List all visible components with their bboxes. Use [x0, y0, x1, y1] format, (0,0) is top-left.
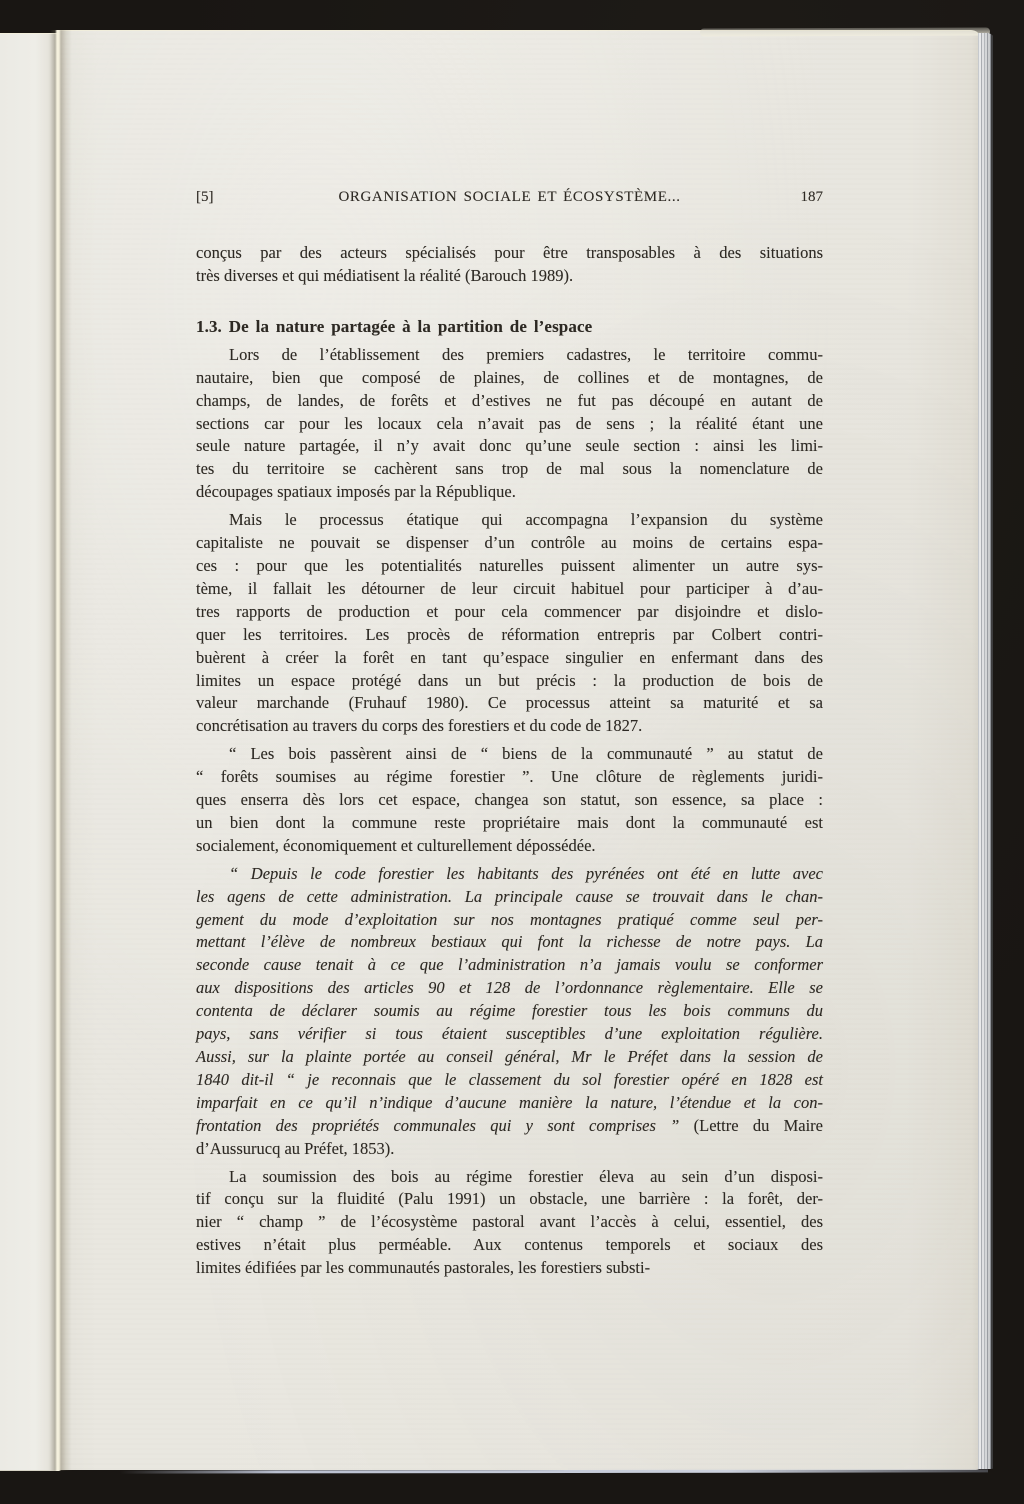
text-flow: conçus par des acteurs spécialisés pour …	[196, 242, 823, 1280]
paragraph: “ Les bois passèrent ainsi de “ biens de…	[196, 743, 823, 858]
text-line: La soumission des bois au régime foresti…	[196, 1166, 823, 1189]
text-line: ques enserra dès lors cet espace, change…	[196, 789, 823, 812]
text-line: Lors de l’établissement des premiers cad…	[196, 344, 823, 367]
page-stack-edge	[978, 33, 995, 1469]
photo-background: [5] ORGANISATION SOCIALE ET ÉCOSYSTÈME..…	[0, 0, 1024, 1504]
text-line: contenta de déclarer soumis au régime fo…	[196, 1000, 823, 1023]
text-line: concrétisation au travers du corps des f…	[196, 715, 823, 738]
text-line: “ Les bois passèrent ainsi de “ biens de…	[196, 743, 823, 766]
text-line: socialement, économiquement et culturell…	[196, 835, 823, 858]
text-line: estives n’était plus perméable. Aux cont…	[196, 1234, 823, 1257]
text-line: sections car pour les locaux cela n’avai…	[196, 413, 823, 436]
paragraph: Lors de l’établissement des premiers cad…	[196, 344, 823, 504]
text-line: “ forêts soumises au régime forestier ”.…	[196, 766, 823, 789]
text-line: un bien dont la commune reste propriétai…	[196, 812, 823, 835]
text-line: Aussi, sur la plainte portée au conseil …	[196, 1046, 823, 1069]
text-line: champs, de landes, de forêts et d’estive…	[196, 390, 823, 413]
text-line: aux dispositions des articles 90 et 128 …	[196, 977, 823, 1000]
text-line: gement du mode d’exploitation sur nos mo…	[196, 909, 823, 932]
paragraph: Mais le processus étatique qui accompagn…	[196, 509, 823, 738]
text-line: nautaire, bien que composé de plaines, d…	[196, 367, 823, 390]
text-line: pays, sans vérifier si tous étaient susc…	[196, 1023, 823, 1046]
text-line: capitaliste ne pouvait se dispenser d’un…	[196, 532, 823, 555]
text-segment: d’Aussurucq au Préfet, 1853).	[196, 1139, 394, 1158]
text-line: très diverses et qui médiatisent la réal…	[196, 265, 823, 288]
text-line: buèrent à créer la forêt en tant qu’espa…	[196, 647, 823, 670]
paragraph: conçus par des acteurs spécialisés pour …	[196, 242, 823, 288]
text-line: nier “ champ ” de l’écosystème pastoral …	[196, 1211, 823, 1234]
text-line: limites un espace protégé dans un but pr…	[196, 670, 823, 693]
text-line: conçus par des acteurs spécialisés pour …	[196, 242, 823, 265]
text-line: d’Aussurucq au Préfet, 1853).	[196, 1138, 823, 1161]
text-line: seule nature partagée, il n’y avait donc…	[196, 435, 823, 458]
page-bottom-edge-highlight	[120, 1469, 988, 1473]
text-line: tres rapports de production et pour cela…	[196, 601, 823, 624]
text-line: les agens de cette administration. La pr…	[196, 886, 823, 909]
section-heading: 1.3. De la nature partagée à la partitio…	[196, 315, 823, 338]
page-header: [5] ORGANISATION SOCIALE ET ÉCOSYSTÈME..…	[196, 189, 823, 206]
text-line: imparfait en ce qu’il n’indique d’aucune…	[196, 1092, 823, 1115]
paragraph: La soumission des bois au régime foresti…	[196, 1166, 823, 1281]
text-line: seconde cause tenait à ce que l’administ…	[196, 954, 823, 977]
text-line: valeur marchande (Fruhauf 1980). Ce proc…	[196, 692, 823, 715]
text-line: tème, il fallait les détourner de leur c…	[196, 578, 823, 601]
text-line: ces : pour que les potentialités naturel…	[196, 555, 823, 578]
printed-text-layer: [5] ORGANISATION SOCIALE ET ÉCOSYSTÈME..…	[196, 189, 823, 1280]
text-line: tif conçu sur la fluidité (Palu 1991) un…	[196, 1188, 823, 1211]
header-page-number: 187	[801, 189, 824, 206]
text-segment: (Lettre du Maire	[694, 1116, 823, 1135]
text-line: quer les territoires. Les procès de réfo…	[196, 624, 823, 647]
paragraph: “ Depuis le code forestier les habitants…	[196, 863, 823, 1161]
header-running-title: ORGANISATION SOCIALE ET ÉCOSYSTÈME...	[338, 189, 680, 206]
text-line: “ Depuis le code forestier les habitants…	[196, 863, 823, 886]
text-line: tes du territoire se cachèrent sans trop…	[196, 458, 823, 481]
text-line: découpages spatiaux imposés par la Répub…	[196, 481, 823, 504]
text-line: mettant l’élève de nombreux bestiaux qui…	[196, 931, 823, 954]
text-segment: frontation des propriétés communales qui…	[196, 1116, 694, 1135]
text-line: frontation des propriétés communales qui…	[196, 1115, 823, 1138]
text-line: 1840 dit-il “ je reconnais que le classe…	[196, 1069, 823, 1092]
page-stack-top-edge	[700, 27, 990, 36]
text-line: limites édifiées par les communautés pas…	[196, 1257, 823, 1280]
header-section-number: [5]	[196, 189, 214, 206]
text-line: Mais le processus étatique qui accompagn…	[196, 509, 823, 532]
left-page-edge	[0, 33, 57, 1471]
